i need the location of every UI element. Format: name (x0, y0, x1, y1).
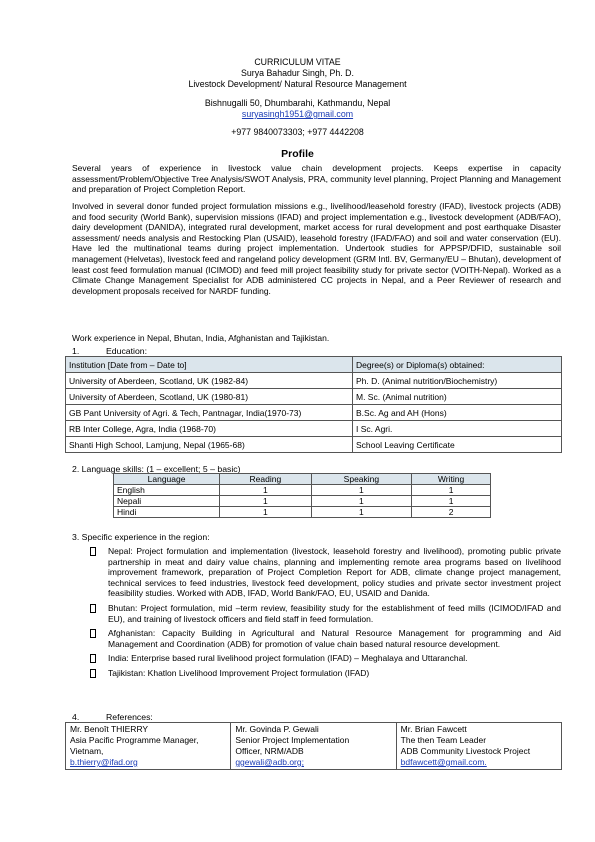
bullet-box-icon (90, 654, 96, 663)
language-cell: Nepali (114, 496, 220, 507)
reference-email-link[interactable]: ggewali@adb.org; (235, 757, 391, 768)
reference-title: The then Team Leader (401, 735, 557, 746)
table-row: University of Aberdeen, Scotland, UK (19… (66, 373, 562, 389)
education-table: Institution [Date from – Date to] Degree… (65, 356, 562, 453)
table-row: University of Aberdeen, Scotland, UK (19… (66, 389, 562, 405)
column-header: Writing (412, 474, 491, 485)
reference-organization: Officer, NRM/ADB (235, 746, 391, 757)
skill-level-cell: 1 (220, 496, 312, 507)
profile-paragraph: Involved in several donor funded project… (72, 201, 561, 296)
list-item-text: Nepal: Project formulation and implement… (108, 546, 561, 598)
profile-paragraph: Several years of experience in livestock… (72, 163, 561, 195)
list-item-text: Bhutan: Project formulation, mid –term r… (108, 603, 561, 624)
specialty: Livestock Development/ Natural Resource … (0, 79, 595, 90)
email-link[interactable]: suryasingh1951@gmail.com (242, 109, 353, 119)
column-header: Degree(s) or Diploma(s) obtained: (353, 357, 562, 373)
skill-level-cell: 1 (412, 496, 491, 507)
experience-list: Nepal: Project formulation and implement… (90, 546, 561, 683)
table-row: Hindi112 (114, 507, 491, 518)
skill-level-cell: 1 (220, 507, 312, 518)
list-item: Bhutan: Project formulation, mid –term r… (90, 603, 561, 624)
table-row: Nepali111 (114, 496, 491, 507)
table-row: English111 (114, 485, 491, 496)
phone-numbers: +977 9840073303; +977 4442208 (0, 127, 595, 138)
language-table: LanguageReadingSpeakingWriting English11… (113, 473, 491, 518)
reference-organization: Vietnam, (70, 746, 226, 757)
table-row: Shanti High School, Lamjung, Nepal (1965… (66, 437, 562, 453)
skill-level-cell: 1 (220, 485, 312, 496)
reference-cell: Mr. Benoît THIERRYAsia Pacific Programme… (66, 723, 231, 770)
bullet-box-icon (90, 629, 96, 638)
bullet-box-icon (90, 669, 96, 678)
column-header: Reading (220, 474, 312, 485)
list-item-text: Afghanistan: Capacity Building in Agricu… (108, 628, 561, 649)
reference-email-link[interactable]: b.thierry@ifad.org (70, 757, 226, 768)
reference-email-link[interactable]: bdfawcett@gmail.com. (401, 757, 557, 768)
degree-cell: School Leaving Certificate (353, 437, 562, 453)
profile-paragraph: Work experience in Nepal, Bhutan, India,… (72, 333, 561, 344)
references-table: Mr. Benoît THIERRYAsia Pacific Programme… (65, 722, 562, 770)
document-title: CURRICULUM VITAE (0, 57, 595, 68)
list-item: Nepal: Project formulation and implement… (90, 546, 561, 599)
reference-name: Mr. Govinda P. Gewali (235, 724, 391, 735)
reference-name: Mr. Benoît THIERRY (70, 724, 226, 735)
skill-level-cell: 1 (311, 496, 412, 507)
address: Bishnugalli 50, Dhumbarahi, Kathmandu, N… (0, 98, 595, 109)
references-heading: 4.References: (72, 712, 153, 722)
reference-cell: Mr. Brian FawcettThe then Team LeaderADB… (396, 723, 561, 770)
institution-cell: University of Aberdeen, Scotland, UK (19… (66, 373, 353, 389)
reference-name: Mr. Brian Fawcett (401, 724, 557, 735)
language-cell: Hindi (114, 507, 220, 518)
degree-cell: I Sc. Agri. (353, 421, 562, 437)
column-header: Speaking (311, 474, 412, 485)
column-header: Institution [Date from – Date to] (66, 357, 353, 373)
bullet-box-icon (90, 547, 96, 556)
skill-level-cell: 2 (412, 507, 491, 518)
education-heading: 1.Education: (72, 346, 147, 356)
profile-heading: Profile (0, 148, 595, 160)
table-row: GB Pant University of Agri. & Tech, Pant… (66, 405, 562, 421)
skill-level-cell: 1 (311, 485, 412, 496)
reference-title: Senior Project Implementation (235, 735, 391, 746)
reference-cell: Mr. Govinda P. GewaliSenior Project Impl… (231, 723, 396, 770)
reference-organization: ADB Community Livestock Project (401, 746, 557, 757)
reference-title: Asia Pacific Programme Manager, (70, 735, 226, 746)
bullet-box-icon (90, 604, 96, 613)
experience-heading: 3. Specific experience in the region: (72, 532, 210, 542)
skill-level-cell: 1 (412, 485, 491, 496)
list-item: Afghanistan: Capacity Building in Agricu… (90, 628, 561, 649)
table-row: RB Inter College, Agra, India (1968-70)I… (66, 421, 562, 437)
institution-cell: RB Inter College, Agra, India (1968-70) (66, 421, 353, 437)
language-cell: English (114, 485, 220, 496)
list-item: Tajikistan: Khatlon Livelihood Improveme… (90, 668, 561, 679)
person-name: Surya Bahadur Singh, Ph. D. (0, 68, 595, 79)
degree-cell: M. Sc. (Animal nutrition) (353, 389, 562, 405)
degree-cell: B.Sc. Ag and AH (Hons) (353, 405, 562, 421)
institution-cell: University of Aberdeen, Scotland, UK (19… (66, 389, 353, 405)
list-item-text: India: Enterprise based rural livelihood… (108, 653, 468, 663)
institution-cell: Shanti High School, Lamjung, Nepal (1965… (66, 437, 353, 453)
skill-level-cell: 1 (311, 507, 412, 518)
list-item: India: Enterprise based rural livelihood… (90, 653, 561, 664)
degree-cell: Ph. D. (Animal nutrition/Biochemistry) (353, 373, 562, 389)
column-header: Language (114, 474, 220, 485)
list-item-text: Tajikistan: Khatlon Livelihood Improveme… (108, 668, 369, 678)
institution-cell: GB Pant University of Agri. & Tech, Pant… (66, 405, 353, 421)
